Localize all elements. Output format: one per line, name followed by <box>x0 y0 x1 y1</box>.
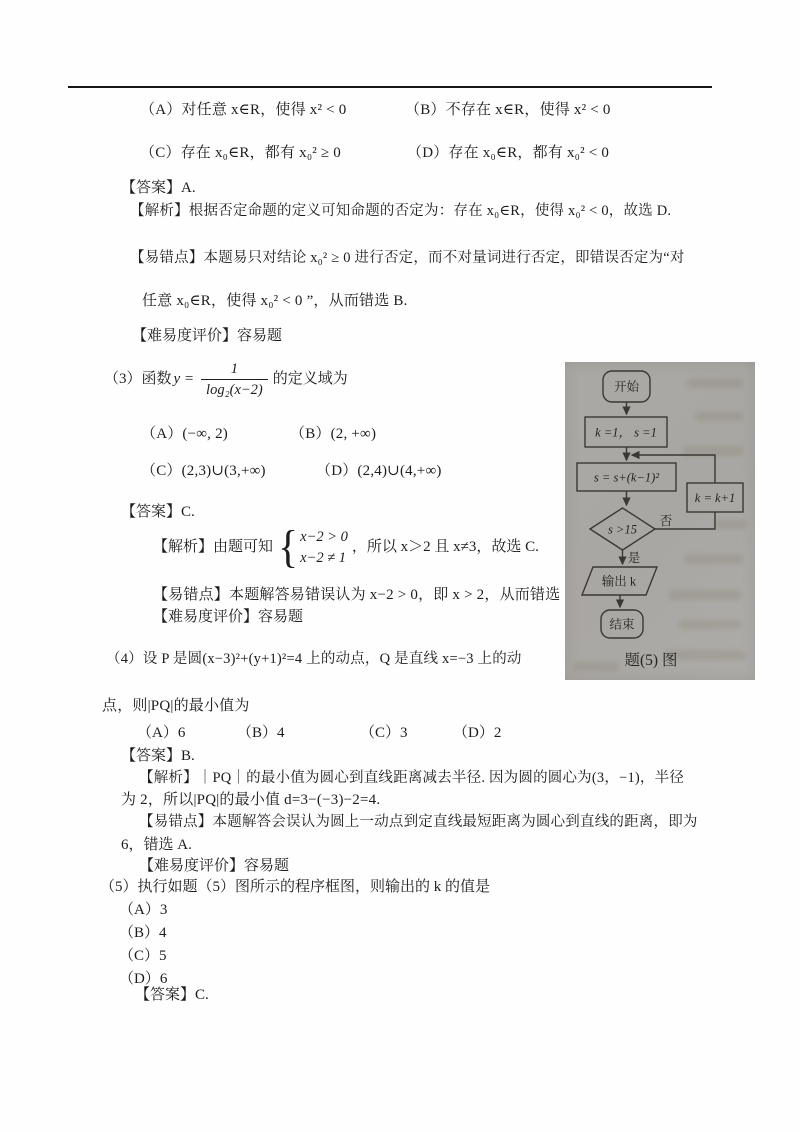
q2-answer: 【答案】A. <box>121 179 196 198</box>
flowchart-step-label: s = s+(k−1)² <box>594 471 659 485</box>
q5-answer: 【答案】C. <box>135 986 209 1005</box>
q3-answer: 【答案】C. <box>121 503 195 522</box>
q2-option-a: （A）对任意 x∈R，使得 x² < 0 <box>140 101 346 120</box>
q2-pitfall-line1: 【易错点】本题易只对结论 x₀² ≥ 0 进行否定，而不对量词进行否定，即错误否… <box>130 249 685 267</box>
q3-option-b: （B）(2, +∞) <box>290 425 376 444</box>
q2-pitfall-line2: 任意 x₀∈R，使得 x₀² < 0 ”，从而错选 B. <box>142 292 408 311</box>
q3-analysis-prefix: 【解析】由题可知 <box>153 538 273 557</box>
q3-analysis-suffix: ，所以 x＞2 且 x≠3，故选 C. <box>352 538 539 557</box>
q4-option-d: （D）2 <box>453 724 501 743</box>
flowchart-increment-label: k = k+1 <box>695 491 735 505</box>
q4-option-c: （C）3 <box>360 724 408 743</box>
q3-case1: x−2 > 0 <box>300 528 348 546</box>
q3-stem-prefix: （3）函数 <box>104 370 172 389</box>
top-horizontal-rule <box>68 86 712 88</box>
flowchart-end-label: 结束 <box>609 617 635 632</box>
q5-option-a: （A）3 <box>119 901 167 920</box>
q4-pitfall-line2: 6，错选 A. <box>121 836 192 855</box>
q2-option-b: （B）不存在 x∈R，使得 x² < 0 <box>405 101 611 120</box>
q4-analysis-line1: 【解析】｜PQ｜的最小值为圆心到直线距离减去半径. 因为圆的圆心为(3，−1)，… <box>139 769 684 787</box>
q3-y-equals: y = <box>174 370 195 389</box>
q3-option-a: （A）(−∞, 2) <box>141 425 228 444</box>
q5-option-c: （C）5 <box>119 947 167 966</box>
q5-option-b: （B）4 <box>119 924 167 943</box>
q4-option-b: （B）4 <box>237 724 285 743</box>
flowchart-photo: 开始 k =1， s =1 s = s+(k−1)² s >15 k = k+1… <box>565 362 755 680</box>
flowchart-diagram: 开始 k =1， s =1 s = s+(k−1)² s >15 k = k+1… <box>565 362 755 680</box>
q2-option-c: （C）存在 x₀∈R，都有 x₀² ≥ 0 <box>140 144 341 163</box>
q4-option-a: （A）6 <box>137 724 185 743</box>
q3-analysis: 【解析】由题可知 { x−2 > 0 x−2 ≠ 1 ，所以 x＞2 且 x≠3… <box>153 528 539 567</box>
q2-analysis: 【解析】根据否定命题的定义可知命题的否定为：存在 x₀∈R，使得 x₀² < 0… <box>130 202 671 220</box>
fraction-numerator: 1 <box>226 360 243 379</box>
q4-stem-line1: （4）设 P 是圆(x−3)²+(y+1)²=4 上的动点，Q 是直线 x=−3… <box>106 650 522 668</box>
document-page: （A）对任意 x∈R，使得 x² < 0 （B）不存在 x∈R，使得 x² < … <box>0 0 800 1132</box>
q5-stem: （5）执行如题（5）图所示的程序框图，则输出的 k 的值是 <box>100 878 490 897</box>
flowchart-output-label: 输出 k <box>602 574 637 589</box>
flowchart-condition-label: s >15 <box>608 523 637 537</box>
q3-stem: （3）函数 y = 1 log₂(x−2) 的定义域为 <box>104 360 348 399</box>
q3-stem-suffix: 的定义域为 <box>273 370 348 389</box>
q4-analysis-line2: 为 2，所以|PQ|的最小值 d=3−(−3)−2=4. <box>121 791 380 810</box>
q3-pitfall: 【易错点】本题解答易错误认为 x−2 > 0，即 x > 2，从而错选 B. <box>153 586 579 605</box>
q3-cases: x−2 > 0 x−2 ≠ 1 <box>300 528 348 567</box>
q3-option-d: （D）(2,4)∪(4,+∞) <box>316 462 442 481</box>
flowchart-start-label: 开始 <box>614 379 640 394</box>
q4-answer: 【答案】B. <box>121 747 195 766</box>
q2-difficulty: 【难易度评价】容易题 <box>132 327 282 346</box>
flowchart-no-label: 否 <box>660 514 673 528</box>
flowchart-caption: 题(5) 图 <box>625 651 678 669</box>
q4-pitfall-line1: 【易错点】本题解答会误认为圆上一动点到定直线最短距离为圆心到直线的距离，即为 <box>139 813 698 831</box>
flowchart-yes-label: 是 <box>628 551 641 565</box>
brace-icon: { <box>278 529 298 566</box>
q2-option-d: （D）存在 x₀∈R，都有 x₀² < 0 <box>407 144 609 163</box>
q4-stem-line2: 点，则|PQ|的最小值为 <box>102 697 250 716</box>
q3-difficulty: 【难易度评价】容易题 <box>153 608 303 627</box>
flowchart-init-label: k =1， s =1 <box>595 426 657 440</box>
fraction: 1 log₂(x−2) <box>201 360 268 399</box>
q4-difficulty: 【难易度评价】容易题 <box>139 857 289 876</box>
q3-option-c: （C）(2,3)∪(3,+∞) <box>141 462 266 481</box>
fraction-denominator: log₂(x−2) <box>201 379 268 399</box>
q3-case2: x−2 ≠ 1 <box>300 549 348 567</box>
